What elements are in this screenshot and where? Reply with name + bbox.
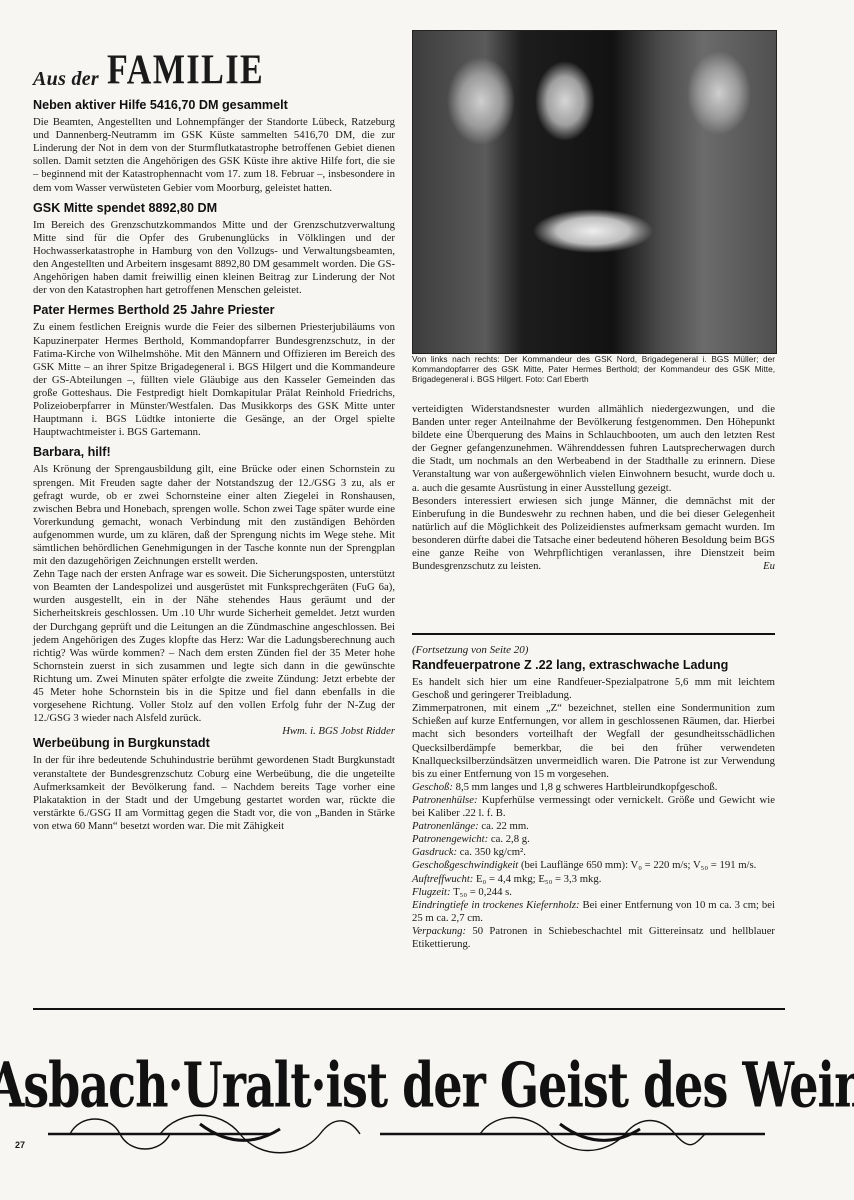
article-body: verteidigten Widerstandsnester wurden al… <box>412 403 775 495</box>
photo-caption: Von links nach rechts: Der Kommandeur de… <box>412 354 775 384</box>
spec-value: ca. 350 kg/cm². <box>457 846 526 858</box>
article-body: Im Bereich des Grenzschutzkommandos Mitt… <box>33 219 395 298</box>
article-title: Neben aktiver Hilfe 5416,70 DM gesammelt <box>33 98 395 113</box>
article-body: Es handelt sich hier um eine Randfeuer-S… <box>412 676 775 702</box>
asbach-advertisement: Im Asbach·Uralt·ist der Geist des Weines <box>40 1030 785 1140</box>
article-title: Werbeübung in Burgkunstadt <box>33 736 395 751</box>
spec-label: Geschoß: <box>412 781 453 793</box>
spec-label: Eindringtiefe in trockenes Kiefernholz: <box>412 899 580 911</box>
flourish-ornament-icon <box>40 1114 785 1154</box>
spec-value: 50 Patronen in Schiebeschachtel mit Gitt… <box>412 925 775 950</box>
spec-line: Patronengewicht: ca. 2,8 g. <box>412 833 775 846</box>
spec-label: Flugzeit: <box>412 886 451 898</box>
spec-label: Verpackung: <box>412 925 466 937</box>
spec-label: Auftreffwucht: <box>412 873 473 885</box>
news-photo <box>412 30 777 354</box>
spec-label: Gasdruck: <box>412 846 457 858</box>
article-body: Als Krönung der Sprengausbildung gilt, e… <box>33 463 395 568</box>
spec-line: Verpackung: 50 Patronen in Schiebeschach… <box>412 925 775 951</box>
article-body: Zehn Tage nach der ersten Anfrage war es… <box>33 568 395 725</box>
spec-value: (bei Lauflänge 650 mm): V₀ = 220 m/s; V₅… <box>518 859 756 871</box>
spec-line: Geschoß: 8,5 mm langes und 1,8 g schwere… <box>412 781 775 794</box>
article-title: Barbara, hilf! <box>33 445 395 460</box>
article-title: Randfeuerpatrone Z .22 lang, extraschwac… <box>412 658 775 673</box>
spec-value: T₅₀ = 0,244 s. <box>451 886 512 898</box>
spec-line: Auftreffwucht: E₀ = 4,4 mkg; E₅₀ = 3,3 m… <box>412 873 775 886</box>
spec-line: Gasdruck: ca. 350 kg/cm². <box>412 846 775 859</box>
ad-slogan: Im Asbach·Uralt·ist der Geist des Weines <box>0 1049 854 1122</box>
article-body: In der für ihre bedeutende Schuhindustri… <box>33 754 395 833</box>
masthead-prefix: Aus der <box>33 68 99 90</box>
spec-line: Patronenhülse: Kupferhülse vermessingt o… <box>412 794 775 820</box>
article-body: Zimmerpatronen, mit einem „Z“ bezeichnet… <box>412 702 775 781</box>
ammunition-article: (Fortsetzung von Seite 20) Randfeuerpatr… <box>412 644 775 951</box>
spec-label: Geschoßgeschwindigkeit <box>412 859 518 871</box>
spec-line: Flugzeit: T₅₀ = 0,244 s. <box>412 886 775 899</box>
spec-line: Geschoßgeschwindigkeit (bei Lauflänge 65… <box>412 859 775 872</box>
spec-line: Patronenlänge: ca. 22 mm. <box>412 820 775 833</box>
spec-value: ca. 22 mm. <box>479 820 529 832</box>
spec-label: Patronenlänge: <box>412 820 479 832</box>
spec-value: E₀ = 4,4 mkg; E₅₀ = 3,3 mkg. <box>473 873 601 885</box>
spec-label: Patronengewicht: <box>412 833 488 845</box>
article-title: Pater Hermes Berthold 25 Jahre Priester <box>33 303 395 318</box>
article-title: GSK Mitte spendet 8892,80 DM <box>33 201 395 216</box>
spec-label: Patronenhülse: <box>412 794 478 806</box>
left-column: Aus der FAMILIE Neben aktiver Hilfe 5416… <box>33 58 395 833</box>
column-divider <box>412 633 775 635</box>
right-column-article: verteidigten Widerstandsnester wurden al… <box>412 403 775 573</box>
page-divider <box>33 1008 785 1010</box>
section-masthead: Aus der FAMILIE <box>33 58 395 92</box>
article-body: Die Beamten, Angestellten und Lohnempfän… <box>33 116 395 195</box>
spec-value: ca. 2,8 g. <box>488 833 530 845</box>
spec-line: Eindringtiefe in trockenes Kiefernholz: … <box>412 899 775 925</box>
article-body: Zu einem festlichen Ereignis wurde die F… <box>33 321 395 439</box>
page-number: 27 <box>15 1140 25 1150</box>
continuation-note: (Fortsetzung von Seite 20) <box>412 644 775 656</box>
spec-value: 8,5 mm langes und 1,8 g schweres Hartble… <box>453 781 717 793</box>
masthead-title: FAMILIE <box>107 50 264 93</box>
